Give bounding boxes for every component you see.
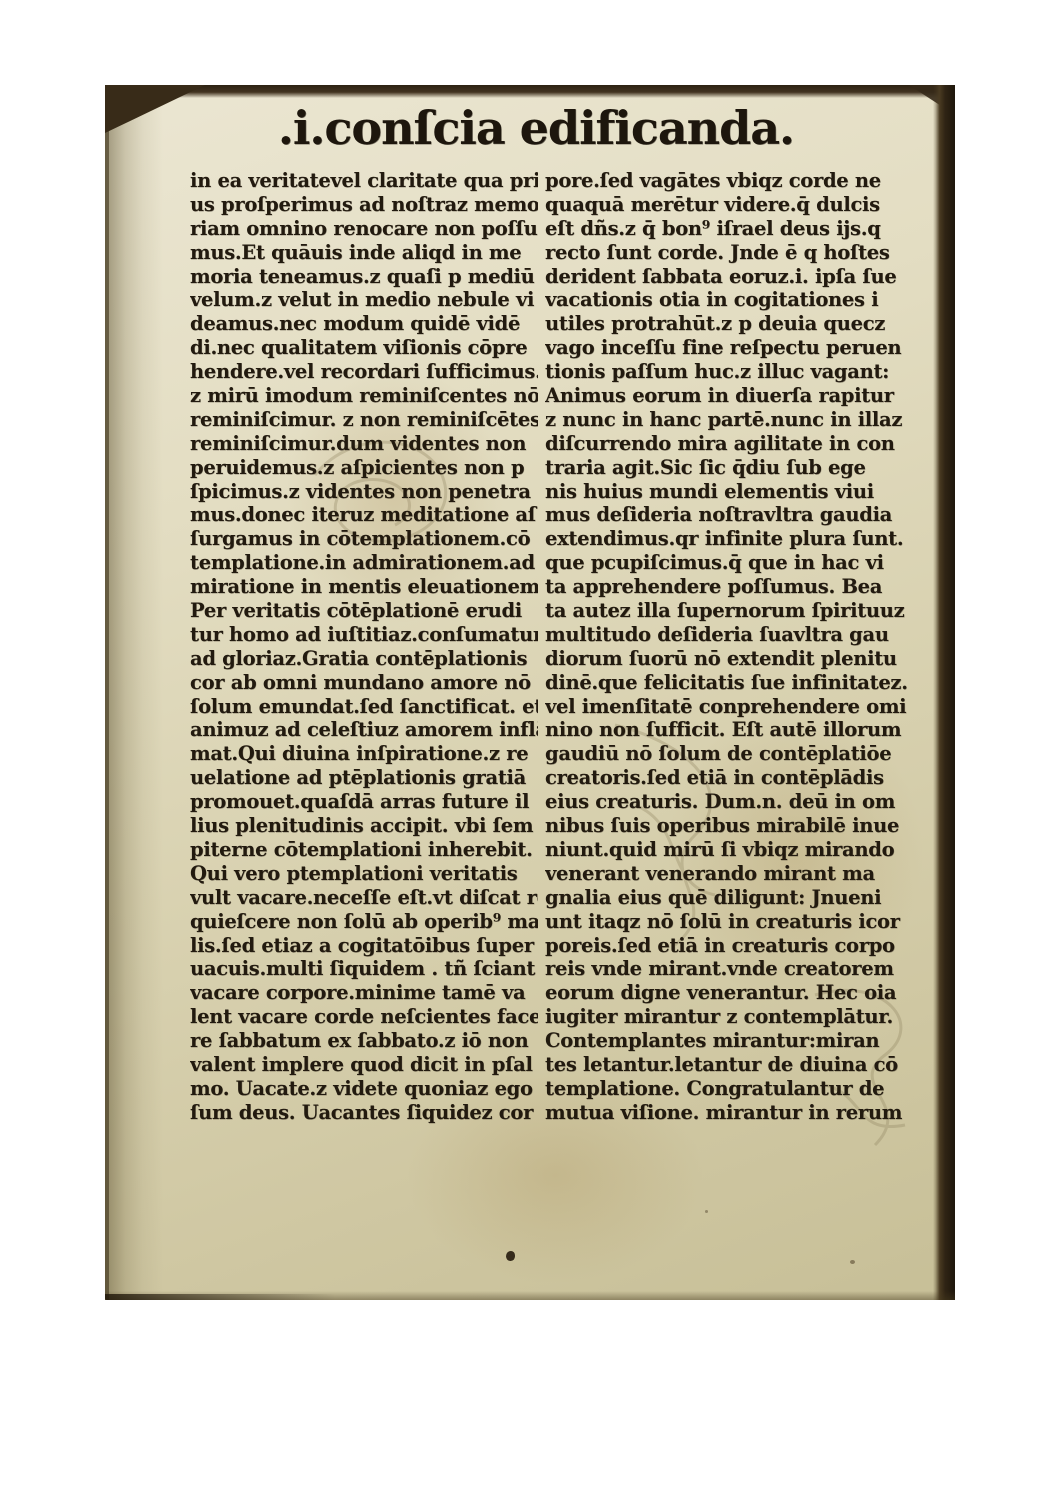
text-line: ſurgamus in cōtemplationem.cō bbox=[190, 527, 538, 551]
text-line: dinē.que felicitatis ſue infinitatez. bbox=[545, 671, 925, 695]
text-line: z nunc in hanc partē.nunc in illaz bbox=[545, 408, 925, 432]
binding-edge-right bbox=[933, 85, 955, 1300]
text-line: Qui vero ptemplationi veritatis bbox=[190, 862, 538, 886]
text-line: lent vacare corde neſcientes face bbox=[190, 1005, 538, 1029]
text-line: multitudo deſideria ſuavltra gau bbox=[545, 623, 925, 647]
text-line: mus.Et quāuis inde aliqd in me bbox=[190, 241, 538, 265]
book-page-scan: .i.conſcia edificanda. in ea veritatevel… bbox=[105, 85, 955, 1300]
text-line: nino non ſufficit. Eſt autē illorum bbox=[545, 718, 925, 742]
text-line: creatoris.ſed etiā in contēplādis bbox=[545, 766, 925, 790]
text-line: vacare corpore.minime tamē va bbox=[190, 981, 538, 1005]
text-line: Animus eorum in diuerſa rapitur bbox=[545, 384, 925, 408]
text-line: peruidemus.z aſpicientes non p bbox=[190, 456, 538, 480]
text-line: niunt.quid mirū ſi vbiqz mirando bbox=[545, 838, 925, 862]
text-line: gnalia eius quē diligunt: Jnueni bbox=[545, 886, 925, 910]
text-line: vult vacare.neceſſe eſt.vt diſcat re bbox=[190, 886, 538, 910]
text-line: tionis paſſum huc.z illuc vagant: bbox=[545, 360, 925, 384]
text-line: que pcupiſcimus.q̄ que in hac vi bbox=[545, 551, 925, 575]
text-line: mo. Uacate.z videte quoniaz ego bbox=[190, 1077, 538, 1101]
text-line: lius plenitudinis accipit. vbi ſem bbox=[190, 814, 538, 838]
text-line: miratione in mentis eleuationem. bbox=[190, 575, 538, 599]
text-line: promouet.quaſdā arras future il bbox=[190, 790, 538, 814]
text-line: ſpicimus.z videntes non penetra bbox=[190, 480, 538, 504]
text-line: cor ab omni mundano amore nō bbox=[190, 671, 538, 695]
gutter-shadow bbox=[105, 85, 163, 1300]
text-line: animuz ad celeſtiuz amorem inflā bbox=[190, 718, 538, 742]
text-line: gaudiū nō ſolum de contēplatiōe bbox=[545, 742, 925, 766]
text-line: iugiter mirantur z contemplātur. bbox=[545, 1005, 925, 1029]
text-line: vacationis otia in cogitationes i bbox=[545, 288, 925, 312]
paper-speck bbox=[850, 1260, 855, 1264]
text-line: eius creaturis. Dum.n. deū in om bbox=[545, 790, 925, 814]
text-line: deamus.nec modum quidē vidē bbox=[190, 312, 538, 336]
text-line: utiles protrahūt.z p deuia quecz bbox=[545, 312, 925, 336]
text-line: mutua viſione. mirantur in rerum bbox=[545, 1101, 925, 1125]
text-line: lis.ſed etiaz a cogitatōibus ſuper bbox=[190, 934, 538, 958]
text-line: pore.ſed vagātes vbiqz corde ne bbox=[545, 169, 925, 193]
text-line: templatione. Congratulantur de bbox=[545, 1077, 925, 1101]
text-line: valent implere quod dicit in pſal bbox=[190, 1053, 538, 1077]
text-line: di.nec qualitatem viſionis cōpre bbox=[190, 336, 538, 360]
text-line: ad gloriaz.Gratia contēplationis bbox=[190, 647, 538, 671]
text-line: traria agit.Sic ſic q̄diu ſub ege bbox=[545, 456, 925, 480]
text-line: vel imenſitatē conprehendere omi bbox=[545, 695, 925, 719]
text-line: reminiſcimur.dum videntes non bbox=[190, 432, 538, 456]
text-line: extendimus.qr infinite plura ſunt. bbox=[545, 527, 925, 551]
text-line: derident ſabbata eoruz.i. ipſa ſue bbox=[545, 265, 925, 289]
text-line: quieſcere non ſolū ab operib⁹ ma bbox=[190, 910, 538, 934]
text-line: hendere.vel recordari ſufficimus. bbox=[190, 360, 538, 384]
text-line: nis huius mundi elementis viui bbox=[545, 480, 925, 504]
text-line: venerant venerando mirant ma bbox=[545, 862, 925, 886]
text-line: eſt dñs.z q̄ bon⁹ iſrael deus ijs.q bbox=[545, 217, 925, 241]
text-line: us proſperimus ad noſtraz memo bbox=[190, 193, 538, 217]
ink-dot-mark bbox=[506, 1251, 515, 1261]
text-line: Contemplantes mirantur:miran bbox=[545, 1029, 925, 1053]
text-line: uelatione ad ptēplationis gratiā bbox=[190, 766, 538, 790]
text-line: eorum digne venerantur. Hec oia bbox=[545, 981, 925, 1005]
text-line: ſum deus. Uacantes ſiquidez cor bbox=[190, 1101, 538, 1125]
text-line: ta apprehendere poſſumus. Bea bbox=[545, 575, 925, 599]
text-line: moria teneamus.z quaſi p mediū bbox=[190, 265, 538, 289]
text-line: z mirū imodum reminiſcentes nō bbox=[190, 384, 538, 408]
text-line: riam omnino renocare non poſſu bbox=[190, 217, 538, 241]
text-line: re ſabbatum ex ſabbato.z iō non bbox=[190, 1029, 538, 1053]
page-heading: .i.conſcia edificanda. bbox=[105, 101, 955, 155]
text-line: recto ſunt corde. Jnde ē q hoſtes bbox=[545, 241, 925, 265]
text-line: uacuis.multi ſiquidem . tñ ſciant bbox=[190, 957, 538, 981]
gutter-edge-line bbox=[105, 85, 109, 1300]
text-column-right: pore.ſed vagātes vbiqz corde nequaquā me… bbox=[545, 169, 925, 1125]
text-line: tur homo ad iuſtitiaz.conſumatur bbox=[190, 623, 538, 647]
text-line: mus deſideria noſtravltra gaudia bbox=[545, 503, 925, 527]
text-line: vago inceſſu fine reſpectu peruen bbox=[545, 336, 925, 360]
text-line: velum.z velut in medio nebule vi bbox=[190, 288, 538, 312]
text-line: mus.donec iteruz meditatione aſ bbox=[190, 503, 538, 527]
paper-speck bbox=[705, 1210, 708, 1213]
text-line: tes letantur.letantur de diuina cō bbox=[545, 1053, 925, 1077]
binding-edge-top bbox=[105, 85, 955, 98]
text-line: in ea veritatevel claritate qua pri bbox=[190, 169, 538, 193]
text-column-left: in ea veritatevel claritate qua prius pr… bbox=[190, 169, 538, 1125]
text-line: unt itaqz nō ſolū in creaturis icor bbox=[545, 910, 925, 934]
text-line: quaquā merētur videre.q̄ dulcis bbox=[545, 193, 925, 217]
text-line: reminiſcimur. z non reminiſcētes bbox=[190, 408, 538, 432]
text-line: piterne cōtemplationi inherebit. bbox=[190, 838, 538, 862]
text-line: Per veritatis cōtēplationē erudi bbox=[190, 599, 538, 623]
text-line: templatione.in admirationem.ad bbox=[190, 551, 538, 575]
page-bottom-edge-streak bbox=[105, 1294, 335, 1300]
text-line: diſcurrendo mira agilitate in con bbox=[545, 432, 925, 456]
text-line: nibus ſuis operibus mirabilē inue bbox=[545, 814, 925, 838]
text-line: diorum ſuorū nō extendit plenitu bbox=[545, 647, 925, 671]
text-line: mat.Qui diuina inſpiratione.z re bbox=[190, 742, 538, 766]
text-line: reis vnde mirant.vnde creatorem bbox=[545, 957, 925, 981]
text-line: ſolum emundat.ſed ſanctificat. et bbox=[190, 695, 538, 719]
text-line: ta autez illa ſupernorum ſpirituuz bbox=[545, 599, 925, 623]
text-line: poreis.ſed etiā in creaturis corpo bbox=[545, 934, 925, 958]
